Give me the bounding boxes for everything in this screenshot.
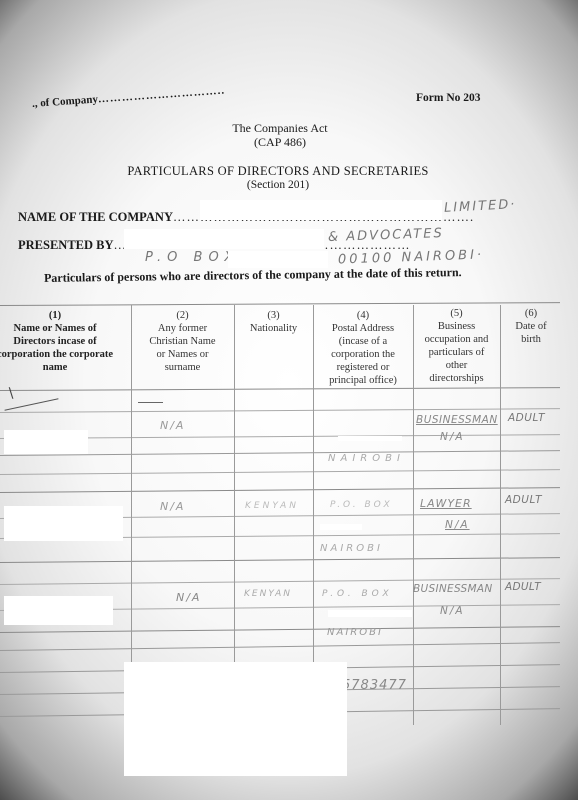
act-cap: (CAP 486) [0, 135, 560, 150]
row-line [0, 557, 560, 563]
redacted-block [124, 662, 347, 776]
company-ref-label: ., of Company [32, 93, 99, 110]
form-title: PARTICULARS OF DIRECTORS AND SECRETARIES [0, 164, 556, 179]
act-title: The Companies Act [0, 121, 560, 136]
row-line [0, 487, 560, 493]
other-directorships-cell: N/A [440, 605, 465, 617]
handwritten-check-mark: ∖ [6, 386, 17, 402]
redacted-postal-address [320, 524, 362, 530]
redacted-presenter [124, 229, 324, 249]
redacted-director-name [4, 430, 88, 454]
col-divider [500, 305, 501, 725]
postal-address-box: P.O. BOX [322, 589, 393, 599]
company-ref-dots: ………………………….. [97, 85, 225, 106]
redacted-postal-address [328, 610, 412, 617]
occupation-cell: BUSINESSMAN [413, 583, 493, 595]
col-header-postal-address: (4) Postal Address (incase of a corporat… [313, 309, 413, 387]
row-line [0, 408, 560, 413]
row-line [0, 642, 560, 651]
former-name-cell: N/A [176, 591, 201, 604]
presented-by-value-line2-prefix: P.O BOX [145, 250, 239, 265]
row-line [0, 469, 560, 475]
company-name-label: NAME OF THE COMPANY [18, 210, 173, 224]
intro-text: Particulars of persons who are directors… [44, 265, 462, 286]
postal-address-city: NAIROBI [320, 543, 383, 554]
section-ref: (Section 201) [0, 179, 556, 191]
occupation-cell: BUSINESSMAN [416, 414, 498, 426]
footer-number-partial: 5783477 [342, 678, 407, 693]
date-of-birth-cell: ADULT [505, 494, 542, 506]
postal-address-box: P.O. BOX [330, 500, 393, 510]
date-of-birth-cell: ADULT [508, 412, 545, 424]
presented-by-value-line1: & ADVOCATES [328, 226, 444, 245]
col-header-nationality: (3) Nationality [234, 309, 313, 335]
table-top-border [0, 302, 560, 306]
redacted-director-name [4, 596, 113, 625]
date-of-birth-cell: ADULT [505, 581, 541, 593]
postal-address-city: NAIROBI [328, 453, 405, 464]
nationality-cell: KENYAN [244, 589, 292, 599]
form-number: Form No 203 [416, 92, 481, 104]
col-header-former-name: (2) Any former Christian Name or Names o… [131, 309, 234, 374]
company-ref-line: ., of Company………………………….. [32, 85, 226, 110]
redacted-director-name [4, 506, 123, 541]
postal-address-city: NAIROBI [327, 627, 383, 638]
other-directorships-cell: N/A [440, 431, 465, 443]
company-name-value: LIMITED· [444, 197, 517, 216]
col-header-occupation: (5) Business occupation and particulars … [413, 307, 500, 385]
redacted-box-number [228, 251, 328, 268]
redacted-postal-address [338, 436, 402, 441]
other-directorships-cell: N/A [445, 519, 470, 531]
occupation-cell: LAWYER [420, 497, 472, 510]
table-header-bottom-border [0, 387, 560, 391]
dash-mark [138, 402, 163, 403]
scanned-form-page: ., of Company………………………….. Form No 203 Th… [0, 0, 578, 800]
col-header-date-of-birth: (6) Date of birth [500, 307, 562, 346]
row-line [0, 626, 560, 633]
nationality-cell: KENYAN [245, 501, 299, 511]
col-header-name: (1) Name or Names of Directors incase of… [0, 309, 130, 374]
former-name-cell: N/A [160, 500, 185, 513]
former-name-cell: N/A [160, 419, 185, 432]
presented-by-label: PRESENTED BY [18, 238, 114, 252]
redacted-company-name [200, 200, 442, 220]
